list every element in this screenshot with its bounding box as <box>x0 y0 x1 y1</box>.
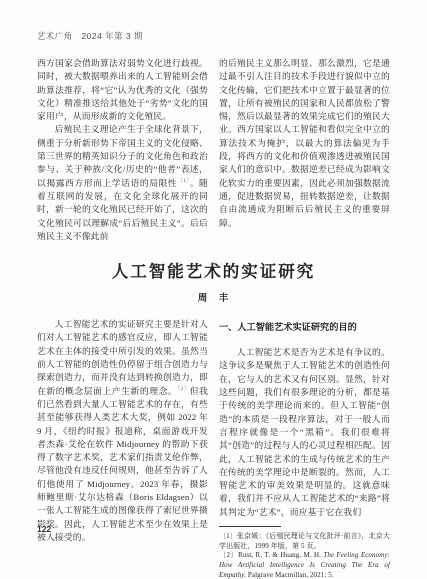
right-column: 一、人工智能艺术实证研究的目的 人工智能艺术是否为艺术是有争议的。这争议多是聚焦… <box>219 318 390 579</box>
article-body: 人工智能艺术的实证研究主要是针对人们对人工智能艺术的感官反应，即人工智能艺术在主… <box>37 318 390 579</box>
paragraph: 后殖民主义理论产生于全球化背景下，侧重于分析新形势下帝国主义的文化侵略、第三世界… <box>37 123 208 243</box>
footnote-marker-2: 〔2〕 <box>177 386 189 392</box>
footnote-marker-1: 〔1〕 <box>177 178 189 184</box>
footnote-text: Palgrave Macmillan, 2021: 5. <box>246 571 334 579</box>
paragraph: 西方国家会借助算法对弱势文化进行歧视。同时，被大数据喂养出来的人工智能则会借助算… <box>37 57 208 123</box>
right-column: 的后殖民主义那么明显、那么激烈，它是通过最不引人注目的技术手段进行貌似中立的文化… <box>219 57 390 243</box>
article-author: 周 丰 <box>37 290 390 304</box>
article-title: 人工智能艺术的实证研究 <box>37 258 390 282</box>
running-header: 艺术广角 2024 年第 3 期 <box>37 30 390 42</box>
footnotes-block: 〔1〕张京媛：《后殖民理论与文化批评·前言》，北京大学出版社，1999 年版，第… <box>219 526 390 579</box>
paragraph-text: 人工智能艺术的实证研究主要是针对人们对人工智能艺术的感官反应，即人工智能艺术在主… <box>37 319 208 395</box>
footnote-divider <box>219 526 281 527</box>
footnote-1: 〔1〕张京媛：《后殖民理论与文化批评·前言》，北京大学出版社，1999 年版，第… <box>219 532 390 551</box>
paragraph: 的后殖民主义那么明显、那么激烈，它是通过最不引人注目的技术手段进行貌似中立的文化… <box>219 57 390 230</box>
page-number: 122 <box>37 524 51 534</box>
journal-page: 艺术广角 2024 年第 3 期 西方国家会借助算法对弱势文化进行歧视。同时，被… <box>0 0 427 579</box>
paragraph: 人工智能艺术的实证研究主要是针对人们对人工智能艺术的感官反应，即人工智能艺术在主… <box>37 318 208 544</box>
footnote-text: 〔2〕Rust, R. T. & Huang, M. H. <box>219 551 323 559</box>
paragraph: 人工智能艺术是否为艺术是有争议的。这争议多是聚焦于人工智能艺术的创造性何在，它与… <box>219 346 390 519</box>
paragraph-text: 但我们已然看到大量人工智能艺术的存在，有些甚至能够获得人类艺术大奖，例如 202… <box>37 386 208 542</box>
section-heading: 一、人工智能艺术实证研究的目的 <box>219 319 390 333</box>
left-column: 西方国家会借助算法对弱势文化进行歧视。同时，被大数据喂养出来的人工智能则会借助算… <box>37 57 208 243</box>
previous-article-continuation: 西方国家会借助算法对弱势文化进行歧视。同时，被大数据喂养出来的人工智能则会借助算… <box>37 57 390 243</box>
left-column: 人工智能艺术的实证研究主要是针对人们对人工智能艺术的感官反应，即人工智能艺术在主… <box>37 318 208 579</box>
footnote-2: 〔2〕Rust, R. T. & Huang, M. H. The Feelin… <box>219 551 390 579</box>
